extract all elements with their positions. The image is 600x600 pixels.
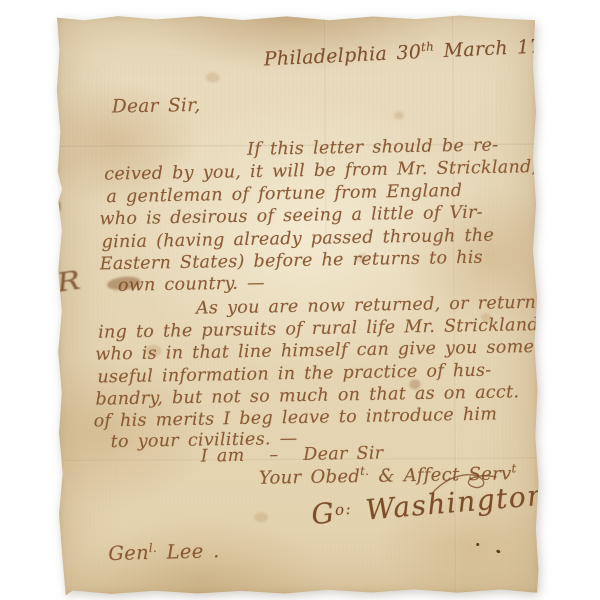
signature-initial: G	[310, 496, 337, 531]
signature-paraph-flourish	[430, 471, 500, 497]
photo-canvas: Philadelphia 30th March 1795 Dear Sir, I…	[0, 0, 600, 600]
addressee: Genl. Lee .	[108, 541, 220, 563]
stain-spot	[206, 72, 220, 82]
dateline-month-year: March 1795	[434, 34, 567, 62]
closing-i-am: I am	[201, 446, 245, 467]
letter-line: who is desirous of seeing a little of Vi…	[99, 205, 483, 229]
letter-paper: Philadelphia 30th March 1795 Dear Sir, I…	[55, 13, 539, 596]
marginal-pen-mark: R	[55, 266, 83, 299]
closing-sup-t2: t	[511, 462, 516, 474]
stain-spot	[254, 512, 268, 522]
addressee-lee: Lee .	[157, 539, 220, 564]
salutation: Dear Sir,	[112, 97, 201, 117]
closing-dear-sir: Dear Sir	[303, 443, 383, 464]
letter-line: ceived by you, it will be from Mr. Stric…	[104, 159, 537, 184]
letter-line: Eastern States) before he returns to his	[100, 250, 483, 274]
closing-dash: –	[269, 445, 278, 465]
closing-your-obed: Your Obed	[259, 466, 361, 489]
ink-speck	[496, 549, 501, 554]
signature-superscript: o:	[334, 502, 352, 518]
addressee-gen: Gen	[108, 541, 149, 565]
ink-speck	[476, 543, 479, 546]
dateline: Philadelphia 30th March 1795	[263, 36, 567, 69]
letter-line: of his merits I beg leave to introduce h…	[93, 406, 497, 431]
letter-line: own country. —	[118, 275, 265, 295]
paper-edge-nick	[55, 201, 60, 212]
letter-line: If this letter should be re-	[247, 137, 499, 159]
closing-sup-t1: t.	[360, 465, 369, 477]
letter-paper-wrap: Philadelphia 30th March 1795 Dear Sir, I…	[57, 14, 538, 594]
addressee-superscript: l.	[149, 542, 158, 554]
dateline-superscript: th	[421, 40, 435, 53]
closing-line-1: I am – Dear Sir	[201, 445, 384, 466]
stain-spot	[394, 111, 404, 119]
dateline-place-day: Philadelphia 30	[263, 41, 421, 70]
